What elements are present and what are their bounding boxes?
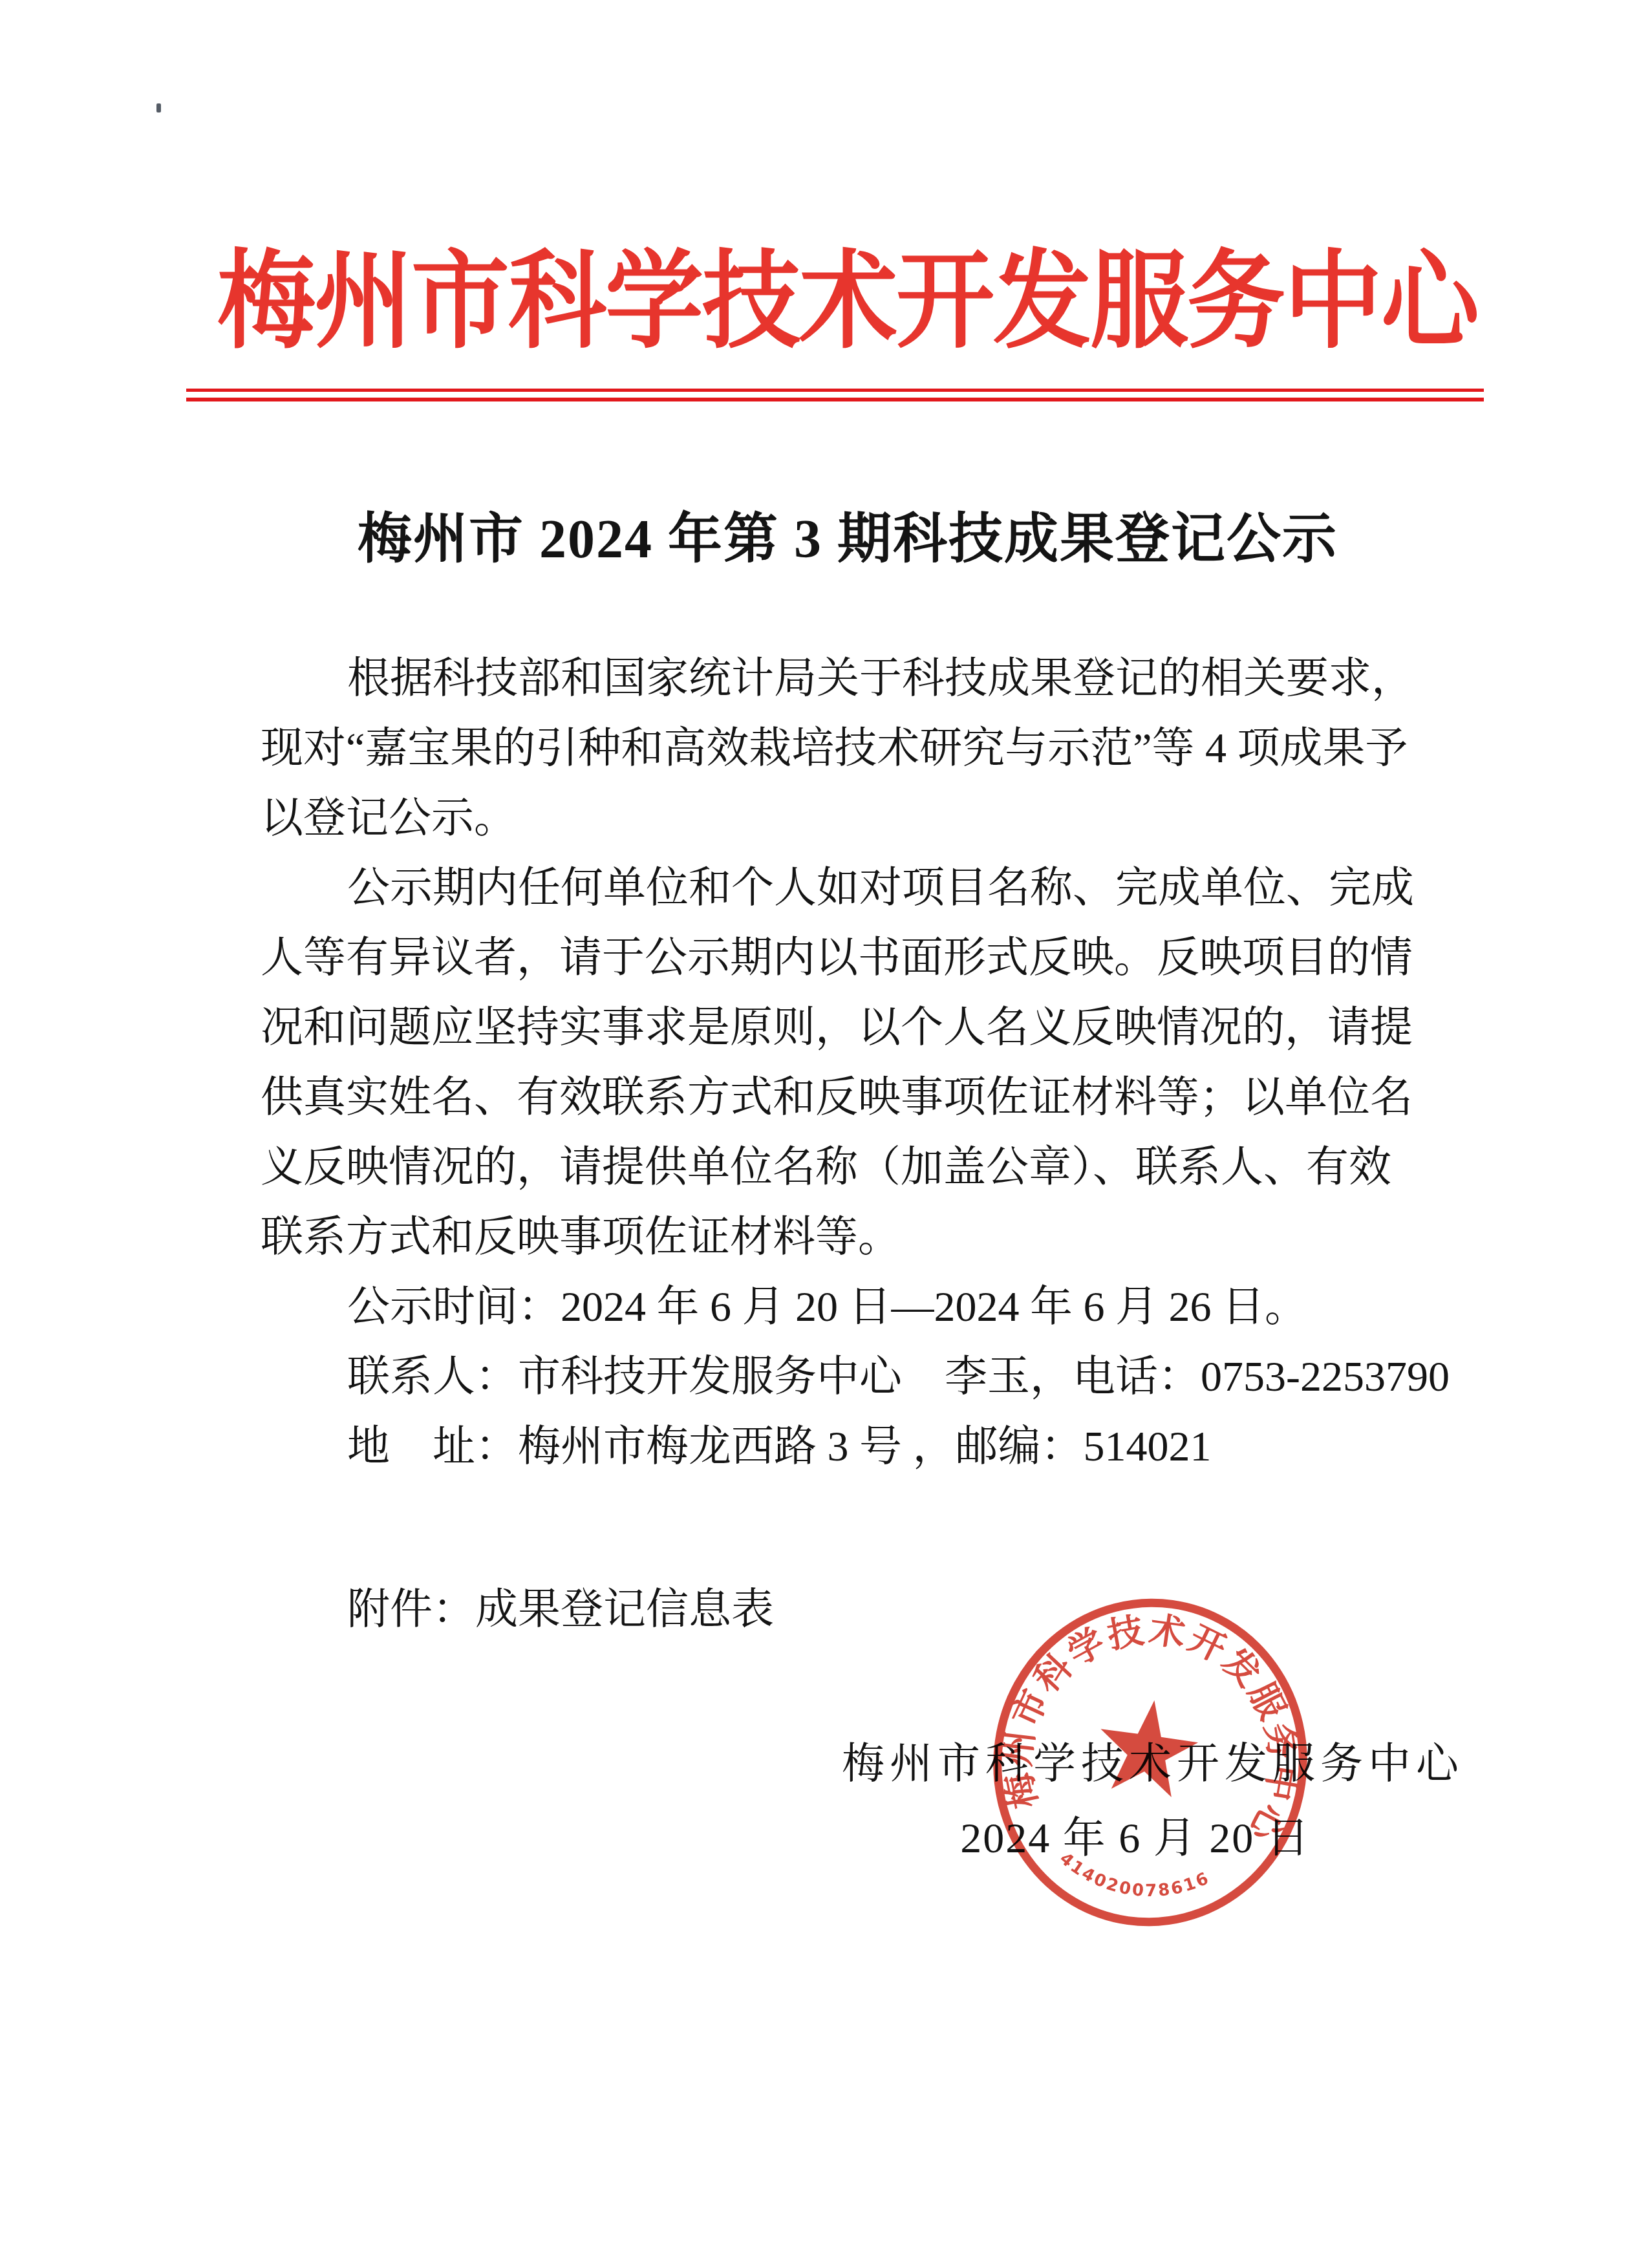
body-text: 根据科技部和国家统计局关于科技成果登记的相关要求， 现对“嘉宝果的引种和高效栽培… <box>261 644 1434 1482</box>
contact-line: 联系人：市科技开发服务中心 李玉，电话：0753-2253790 <box>261 1342 1434 1412</box>
address-line: 地 址：梅州市梅龙西路 3 号 ，邮编：514021 <box>261 1412 1434 1482</box>
header-rule-top <box>186 389 1484 392</box>
body-line: 供真实姓名、有效联系方式和反映事项佐证材料等；以单位名 <box>261 1063 1434 1133</box>
body-line: 公示期内任何单位和个人如对项目名称、完成单位、完成 <box>261 853 1434 923</box>
body-line: 况和问题应坚持实事求是原则，以个人名义反映情况的，请提 <box>261 993 1434 1063</box>
body-line: 联系方式和反映事项佐证材料等。 <box>261 1203 1434 1272</box>
official-seal: 梅州市科学技术开发服务中心 414020078616 <box>989 1596 1312 1929</box>
publicity-period-line: 公示时间：2024 年 6 月 20 日—2024 年 6 月 26 日。 <box>261 1272 1434 1342</box>
document-title: 梅州市 2024 年第 3 期科技成果登记公示 <box>186 504 1509 575</box>
scan-artifact <box>156 103 161 112</box>
attachment-line: 附件：成果登记信息表 <box>261 1575 1521 1645</box>
seal-star-icon <box>1093 1693 1203 1799</box>
body-line: 义反映情况的，请提供单位名称（加盖公章）、联系人、有效 <box>261 1133 1434 1203</box>
body-line: 以登记公示。 <box>261 784 1434 853</box>
document-page: 梅州市科学技术开发服务中心 梅州市 2024 年第 3 期科技成果登记公示 根据… <box>0 0 1650 2268</box>
body-line: 人等有异议者，请于公示期内以书面形式反映。反映项目的情 <box>261 923 1434 993</box>
header-rule-bottom <box>186 398 1484 401</box>
letterhead-org-title: 梅州市科学技术开发服务中心 <box>186 229 1509 376</box>
body-line: 现对“嘉宝果的引种和高效栽培技术研究与示范”等 4 项成果予 <box>261 714 1434 784</box>
body-line: 根据科技部和国家统计局关于科技成果登记的相关要求， <box>261 644 1434 714</box>
